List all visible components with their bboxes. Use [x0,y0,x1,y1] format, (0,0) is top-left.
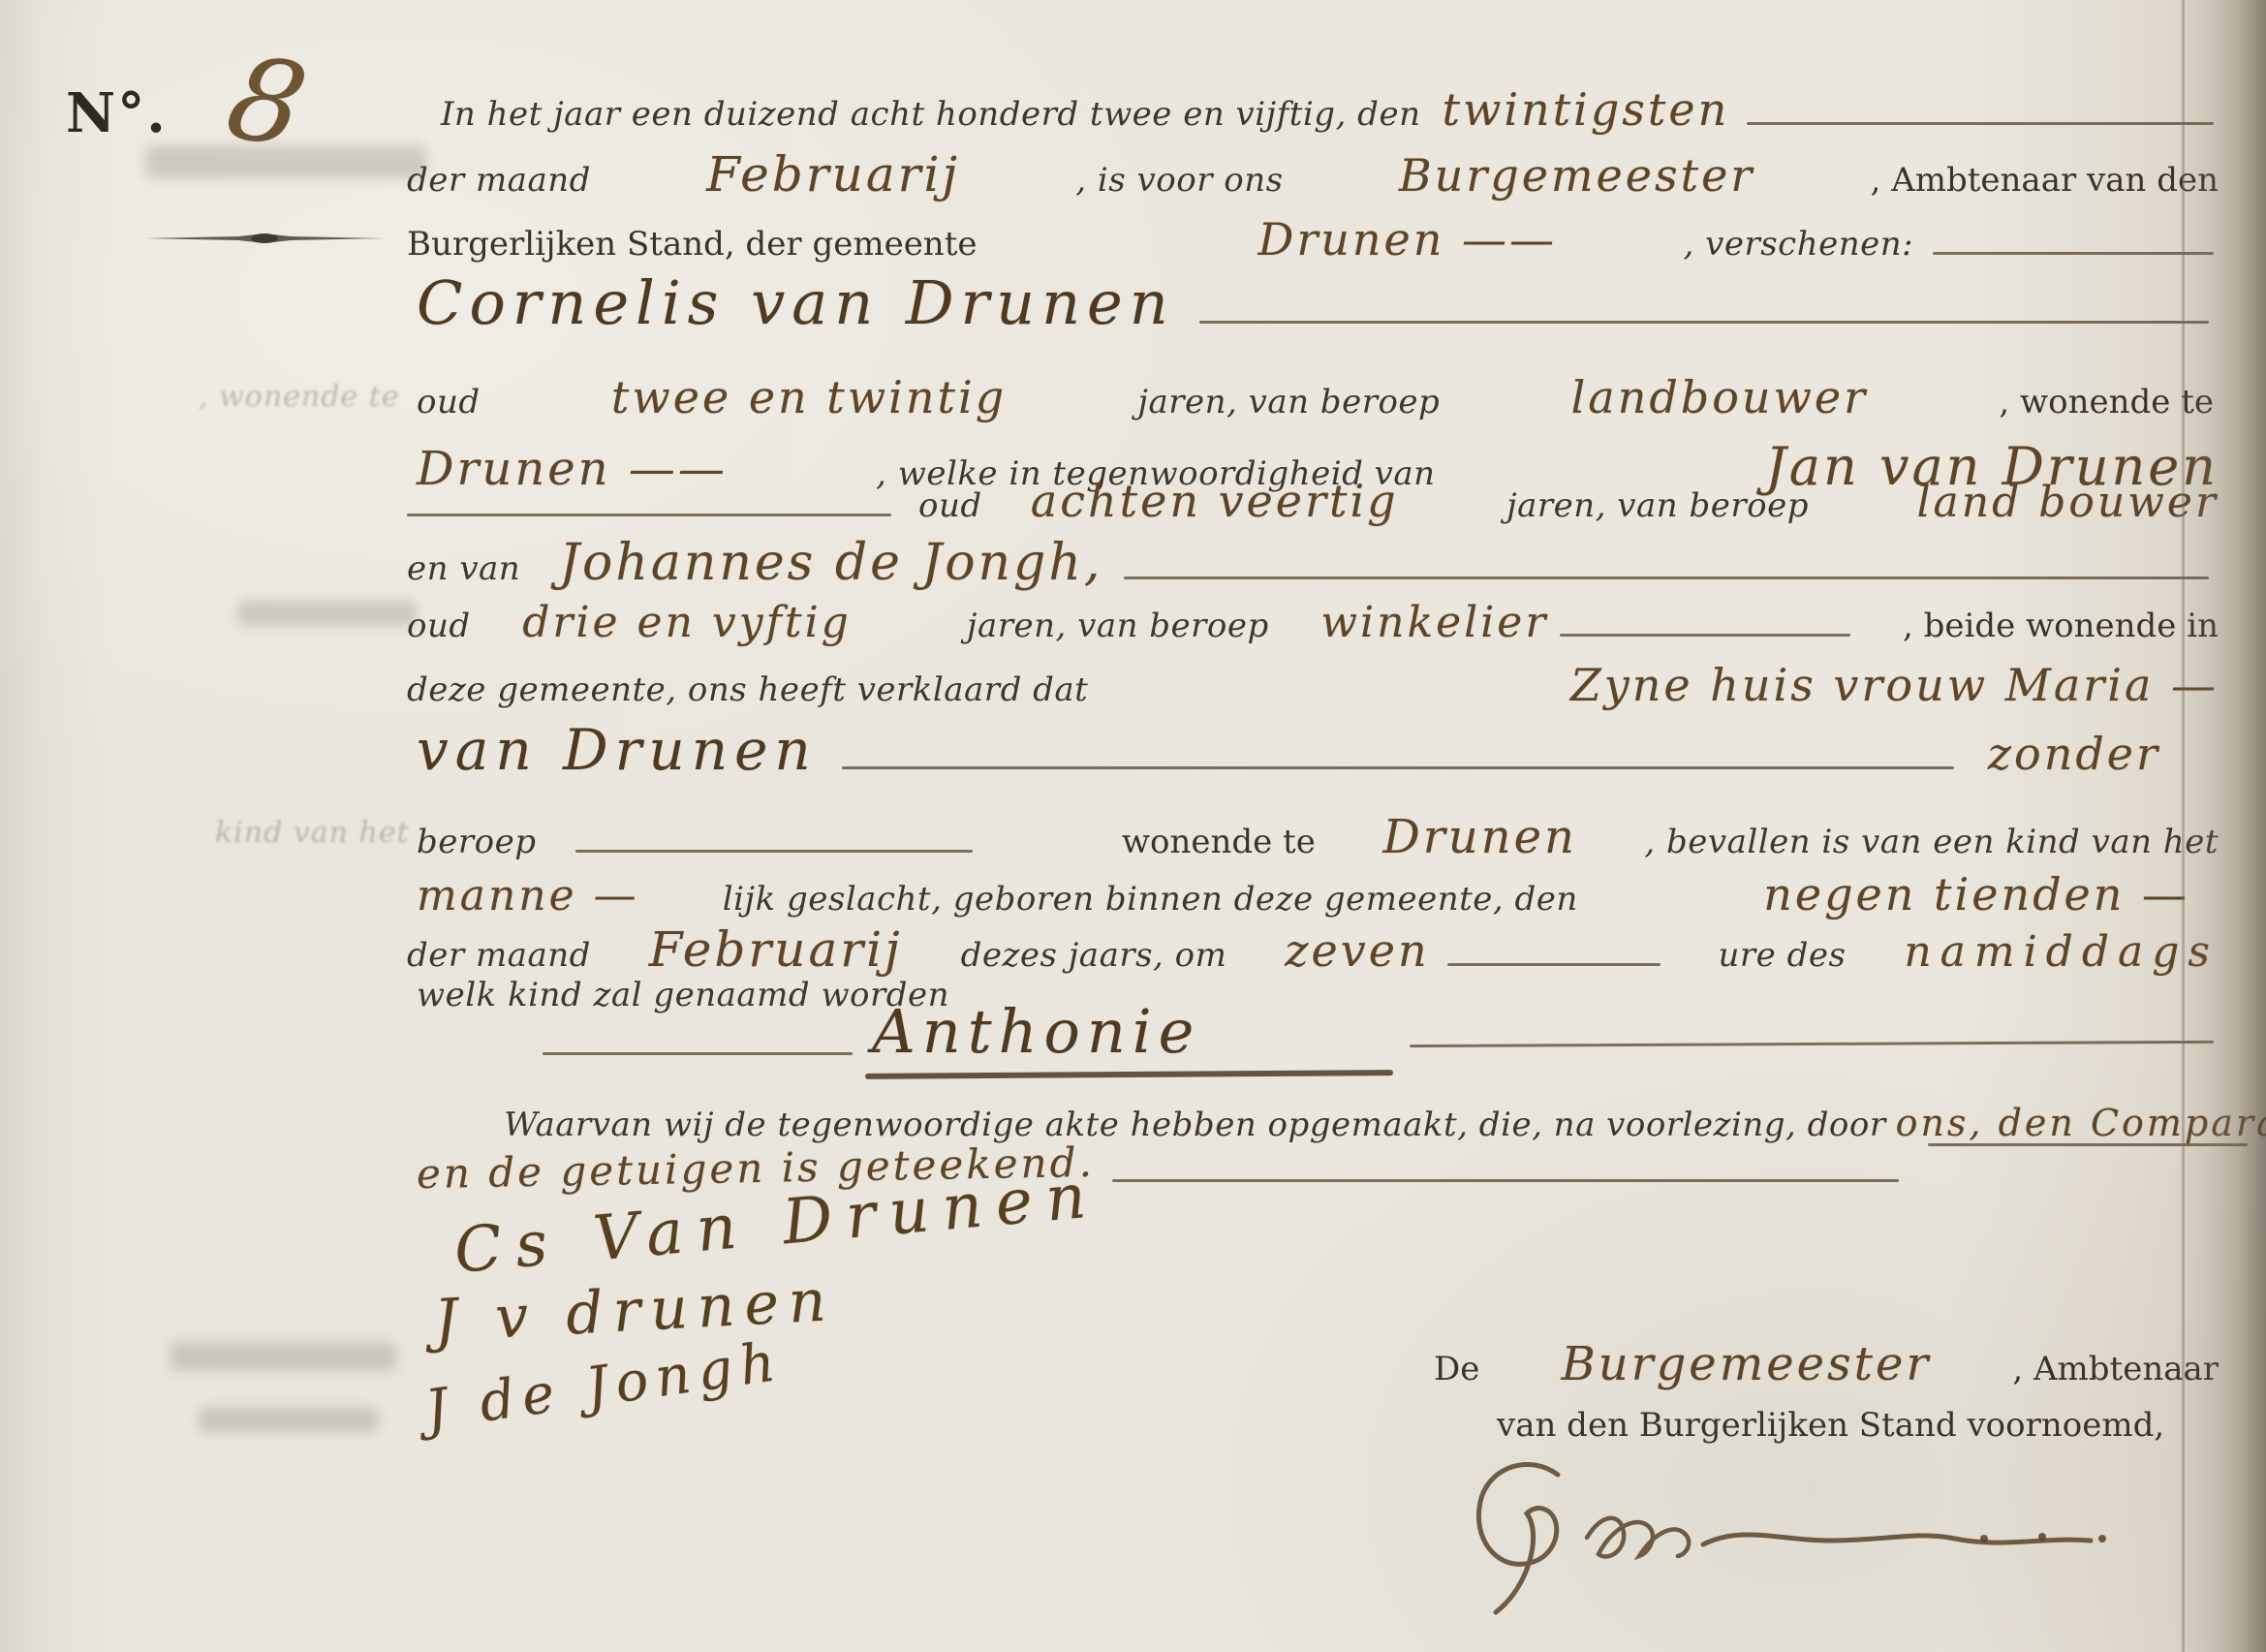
handwritten-mother-name: Zyne huis vrouw Maria — [1570,661,2219,711]
handwritten-day: twintigsten [1442,85,1729,136]
act-line-16: Anthonie [872,998,1200,1065]
printed-text: Waarvan wij de tegenwoordige akte hebben… [504,1107,1886,1143]
act-line-8: en van Johannes de Jongh, [407,535,2209,591]
act-line-4: Cornelis van Drunen [417,269,2209,336]
printed-text: oud [407,608,471,644]
act-line-11: van Drunen zonder [417,719,2160,782]
printed-text: wonende te [1122,824,1316,860]
handwritten-text: zonder [1988,730,2160,780]
act-line-1: In het jaar een duizend acht honderd twe… [441,85,2214,136]
printed-text: In het jaar een duizend acht honderd twe… [441,96,1420,133]
handwritten-place: Drunen —— [1257,215,1557,265]
handwritten-official: Burgemeester [1399,151,1754,202]
printed-text: Burgerlijken Stand, der gemeente [407,226,978,263]
printed-text: van den Burgerlijken Stand voornoemd, [1497,1407,2164,1444]
handwritten-month: Februarij [706,147,960,202]
handwritten-age: achten veertig [1031,477,1399,527]
printed-text: en van [407,550,520,587]
fill-rule [575,850,973,853]
printed-text: De [1434,1351,1479,1387]
act-line-17: Waarvan wij de tegenwoordige akte hebben… [504,1103,2248,1144]
handwritten-official: Burgemeester [1561,1339,1931,1391]
printed-text: jaren, van beroep [967,608,1269,644]
act-line-9: oud drie en vyftig jaren, van beroep win… [407,599,2219,646]
handwritten-occupation: winkelier [1320,599,1548,646]
act-line-2: der maand Februarij , is voor ons Burgem… [407,147,2219,202]
fill-rule [842,766,1954,769]
closing-line-2: van den Burgerlijken Stand voornoemd, [1497,1407,2164,1444]
printed-text: , verschenen: [1684,226,1914,263]
fill-rule [1410,1041,2214,1047]
printed-text: welk kind zal genaamd worden [417,977,949,1013]
act-line-15: welk kind zal genaamd worden [417,977,949,1013]
handwritten-mother-name: van Drunen [417,719,818,782]
printed-text: ure des [1718,937,1846,974]
printed-text: dezes jaars, om [961,937,1227,974]
fill-rule [1447,963,1661,966]
bleedthrough-smudge [170,1342,397,1371]
printed-text: deze gemeente, ons heeft verklaard dat [407,671,1088,708]
birth-record-page: , wonende te kind van het N°. 8 In het j… [0,0,2266,1652]
printed-text: , bevallen is van een kind van het [1644,824,2219,860]
printed-text: , is voor ons [1075,162,1283,199]
handwritten-comparant-name: Cornelis van Drunen [417,269,1175,336]
printed-text: , Ambtenaar van den [1871,162,2219,199]
fill-rule [1199,321,2209,324]
act-line-5: oud twee en twintig jaren, van beroep la… [417,373,2214,423]
handwritten-age: drie en vyftig [522,599,852,646]
act-line-12: beroep wonende te Drunen , bevallen is v… [417,812,2219,864]
fill-rule [1747,122,2214,125]
fill-rule [1933,252,2214,255]
page-edge-shadow [2174,0,2266,1652]
ornament-divider [143,231,386,246]
fill-rule [407,514,891,516]
child-name-underline [865,1070,1393,1079]
fill-rule [1124,577,2209,579]
act-line-18: en de getuigen is geteekend. [417,1145,1899,1191]
burgemeester-signature [1412,1446,2168,1620]
printed-text: der maand [407,937,591,974]
act-line-7: oud achten veertig jaren, van beroep lan… [407,477,2219,527]
fill-rule [1560,634,1850,637]
bleedthrough-text: , wonende te [199,380,400,414]
printed-text: jaren, van beroep [1137,384,1440,421]
handwritten-witness2-name: Johannes de Jongh, [559,535,1102,591]
printed-text: , beide wonende in [1903,608,2219,644]
printed-text: oud [417,384,481,421]
fill-rule [1112,1179,1899,1182]
handwritten-age: twee en twintig [611,373,1007,423]
handwritten-text: manne — [417,872,639,920]
fill-rule [543,1052,853,1055]
handwritten-birthday: negen tienden — [1763,870,2189,920]
bleedthrough-smudge [237,601,417,626]
printed-text: oud [918,487,982,524]
handwritten-occupation: landbouwer [1571,373,1869,423]
closing-line-1: De Burgemeester , Ambtenaar [1434,1339,2219,1391]
bleedthrough-text: kind van het [215,816,410,850]
handwritten-daypart: namiddags [1904,928,2219,976]
act-line-13: manne — lijk geslacht, geboren binnen de… [417,870,2189,920]
handwritten-child-name: Anthonie [872,998,1200,1065]
printed-text: lijk geslacht, geboren binnen deze gemee… [723,881,1578,918]
printed-text: jaren, van beroep [1506,487,1809,524]
bleedthrough-smudge [199,1407,378,1432]
handwritten-place: Drunen [1382,812,1577,864]
act-number-label: N°. [66,81,168,145]
handwritten-month: Februarij [649,922,903,977]
printed-text: beroep [417,824,537,860]
act-line-3: Burgerlijken Stand, der gemeente Drunen … [407,215,2214,265]
handwritten-hour: zeven [1285,926,1429,977]
act-line-14: der maand Februarij dezes jaars, om zeve… [407,922,2219,977]
printed-text: der maand [407,162,591,199]
act-line-10: deze gemeente, ons heeft verklaard dat Z… [407,661,2219,711]
